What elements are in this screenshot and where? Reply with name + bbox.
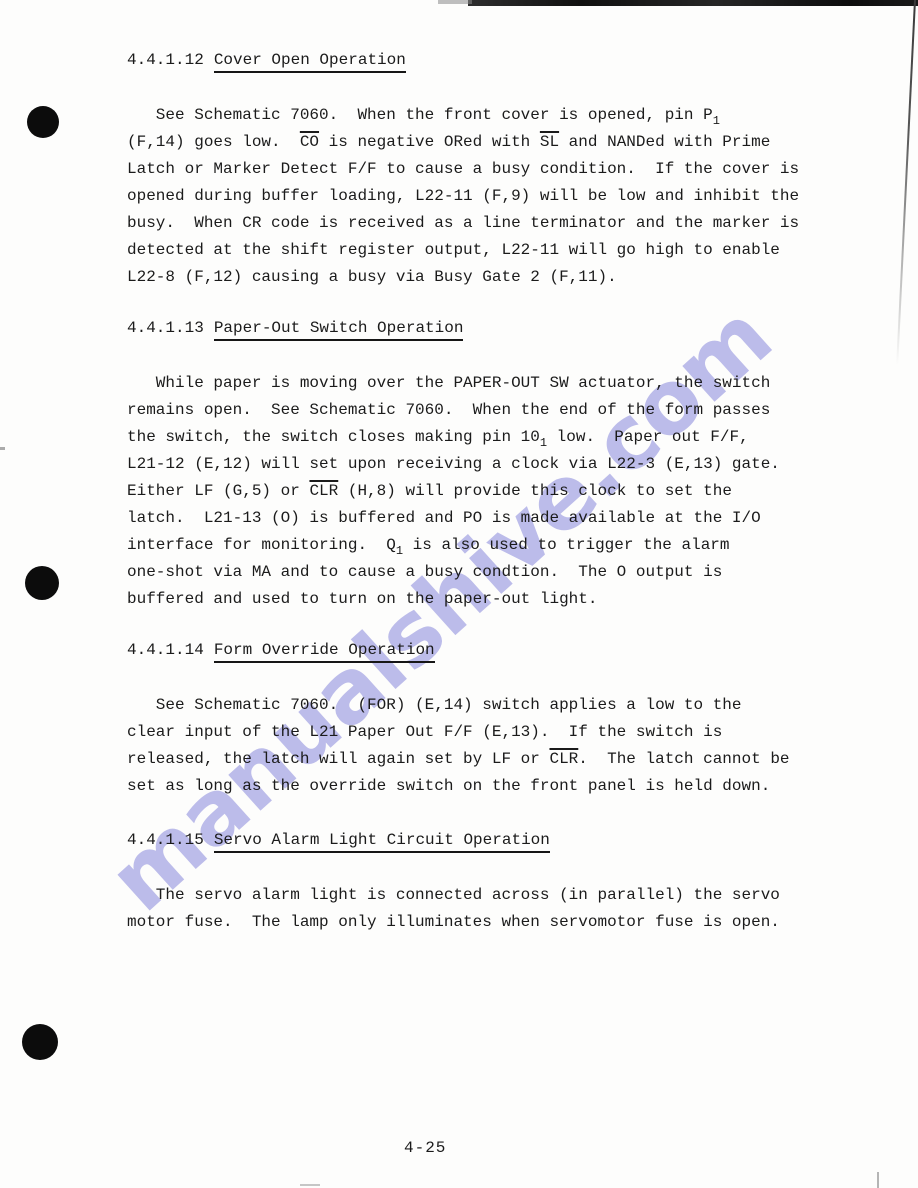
section-number: 4.4.1.12: [127, 51, 204, 69]
section-title: Cover Open Operation: [214, 51, 406, 73]
text-line: The servo alarm light is connected acros…: [127, 882, 918, 909]
text-line: L22-8 (F,12) causing a busy via Busy Gat…: [127, 264, 918, 291]
section-paragraph: See Schematic 7060. When the front cover…: [127, 102, 918, 291]
text-line: the switch, the switch closes making pin…: [127, 424, 918, 451]
text-line: buffered and used to turn on the paper-o…: [127, 586, 918, 613]
section-heading: 4.4.1.14Form Override Operation: [127, 640, 918, 660]
scan-speck: [0, 447, 5, 450]
section-paragraph: The servo alarm light is connected acros…: [127, 882, 918, 936]
text-line: released, the latch will again set by LF…: [127, 746, 918, 773]
section-heading: 4.4.1.13Paper-Out Switch Operation: [127, 318, 918, 338]
text-line: clear input of the L21 Paper Out F/F (E,…: [127, 719, 918, 746]
text-line: interface for monitoring. Q1 is also use…: [127, 532, 918, 559]
text-line: one-shot via MA and to cause a busy cond…: [127, 559, 918, 586]
hole-punch-mark: [25, 566, 59, 600]
text-line: See Schematic 7060. When the front cover…: [127, 102, 918, 129]
text-line: (F,14) goes low. CO is negative ORed wit…: [127, 129, 918, 156]
page-number: 4-25: [404, 1139, 446, 1157]
scan-smudge-top: [438, 0, 472, 4]
section-number: 4.4.1.15: [127, 831, 204, 849]
section-paragraph: See Schematic 7060. (FOR) (E,14) switch …: [127, 692, 918, 800]
hole-punch-mark: [22, 1024, 58, 1060]
text-line: latch. L21-13 (O) is buffered and PO is …: [127, 505, 918, 532]
section-paragraph: While paper is moving over the PAPER-OUT…: [127, 370, 918, 613]
text-line: detected at the shift register output, L…: [127, 237, 918, 264]
section-heading: 4.4.1.15Servo Alarm Light Circuit Operat…: [127, 830, 918, 850]
text-line: remains open. See Schematic 7060. When t…: [127, 397, 918, 424]
scan-speck: [877, 1172, 879, 1188]
scan-edge-artifact-top: [468, 0, 918, 6]
document-section: 4.4.1.14Form Override Operation See Sche…: [127, 640, 918, 800]
scanned-document-page: manualshive.com 4.4.1.12Cover Open Opera…: [0, 0, 918, 1188]
hole-punch-mark: [27, 106, 59, 138]
document-section: 4.4.1.12Cover Open Operation See Schemat…: [127, 50, 918, 291]
section-title: Form Override Operation: [214, 641, 435, 663]
document-section: 4.4.1.15Servo Alarm Light Circuit Operat…: [127, 830, 918, 936]
section-number: 4.4.1.14: [127, 641, 204, 659]
section-number: 4.4.1.13: [127, 319, 204, 337]
section-title: Paper-Out Switch Operation: [214, 319, 464, 341]
text-line: While paper is moving over the PAPER-OUT…: [127, 370, 918, 397]
section-heading: 4.4.1.12Cover Open Operation: [127, 50, 918, 70]
text-line: L21-12 (E,12) will set upon receiving a …: [127, 451, 918, 478]
scan-speck: [300, 1184, 320, 1186]
text-line: See Schematic 7060. (FOR) (E,14) switch …: [127, 692, 918, 719]
section-title: Servo Alarm Light Circuit Operation: [214, 831, 550, 853]
document-body: 4.4.1.12Cover Open Operation See Schemat…: [0, 0, 918, 936]
text-line: busy. When CR code is received as a line…: [127, 210, 918, 237]
text-line: motor fuse. The lamp only illuminates wh…: [127, 909, 918, 936]
text-line: opened during buffer loading, L22-11 (F,…: [127, 183, 918, 210]
text-line: Latch or Marker Detect F/F to cause a bu…: [127, 156, 918, 183]
text-line: Either LF (G,5) or CLR (H,8) will provid…: [127, 478, 918, 505]
text-line: set as long as the override switch on th…: [127, 773, 918, 800]
document-section: 4.4.1.13Paper-Out Switch Operation While…: [127, 318, 918, 613]
